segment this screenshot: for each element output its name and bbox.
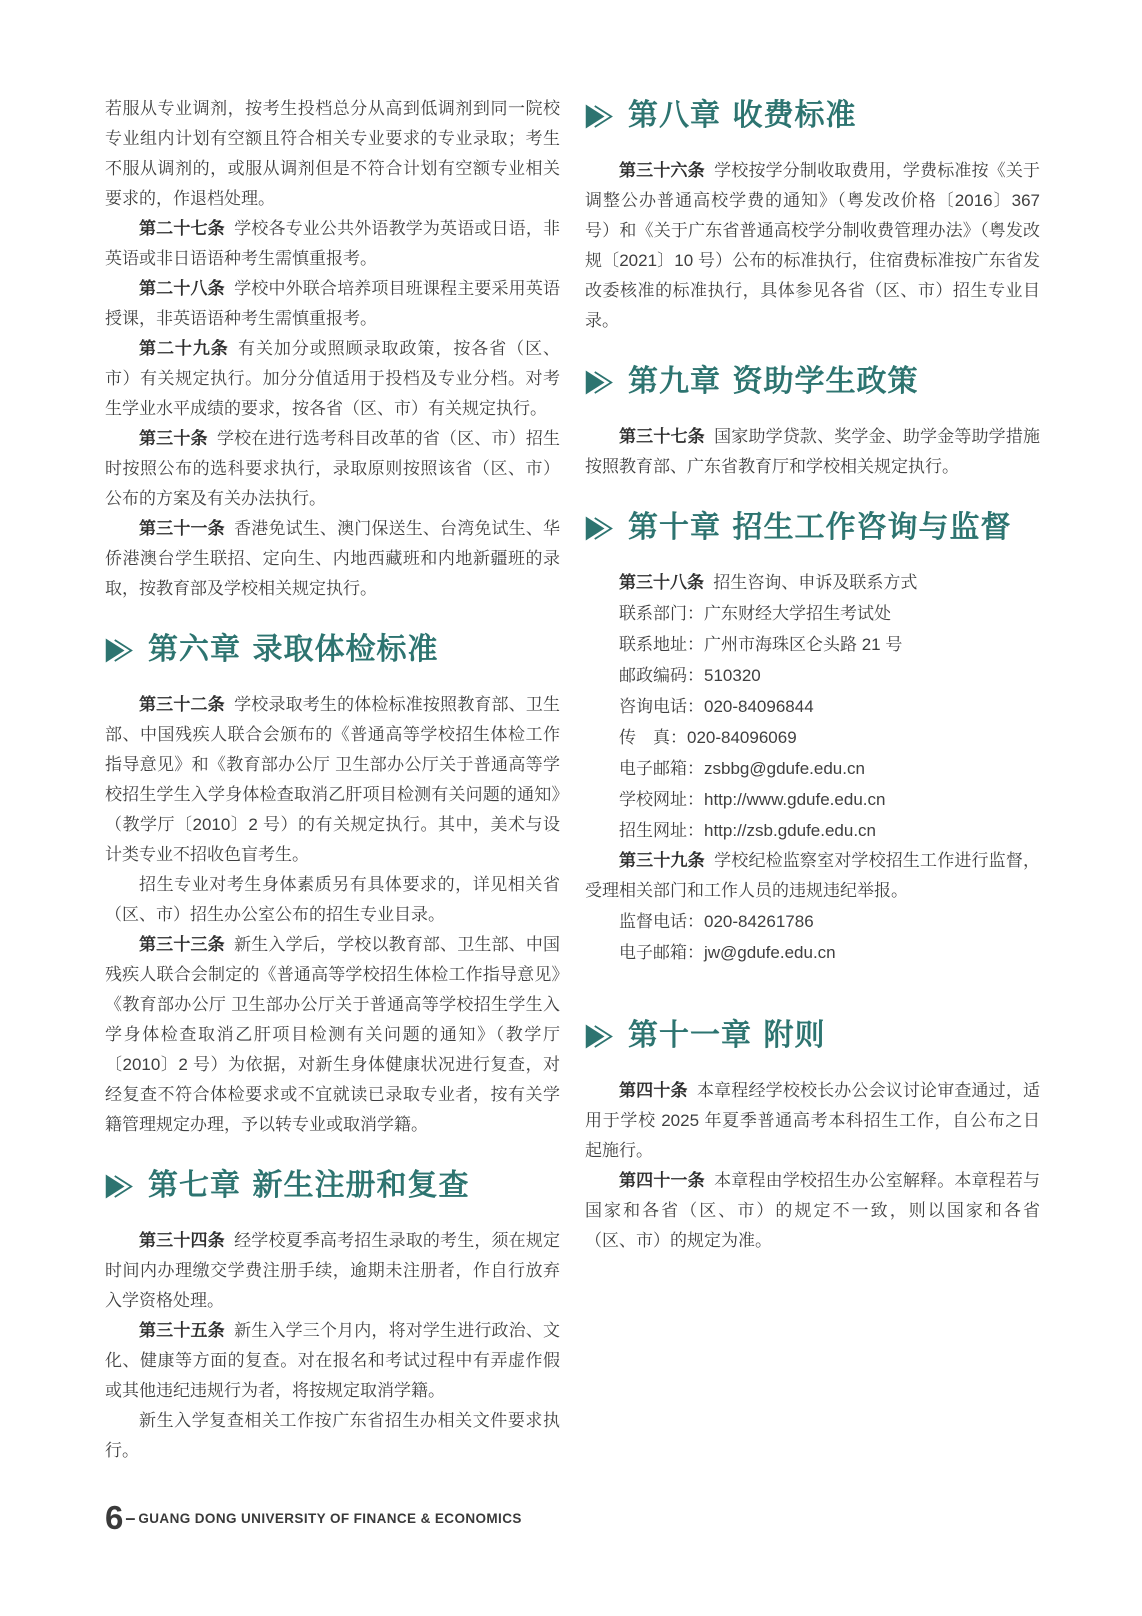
chapter-title: 第十一章 附则: [628, 1014, 825, 1058]
contact-line-admissions-site: 招生网址：http://zsb.gdufe.edu.cn: [585, 815, 1040, 846]
page-footer: 6 – GUANG DONG UNIVERSITY OF FINANCE & E…: [105, 1498, 522, 1538]
article-30: 第三十条学校在进行选考科目改革的省（区、市）招生时按照公布的选科要求执行，录取原…: [105, 424, 560, 514]
chapter-heading-10: 第十章 招生工作咨询与监督: [585, 506, 1040, 550]
article-text: 学校录取考生的体检标准按照教育部、卫生部、中国残疾人联合会颁布的《普通高等学校招…: [105, 695, 560, 864]
contact-line-email: 电子邮箱：zsbbg@gdufe.edu.cn: [585, 753, 1040, 784]
article-37: 第三十七条国家助学贷款、奖学金、助学金等助学措施按照教育部、广东省教育厅和学校相…: [585, 422, 1040, 482]
article-text: 新生入学后，学校以教育部、卫生部、中国残疾人联合会制定的《普通高等学校招生体检工…: [105, 935, 560, 1134]
article-40: 第四十条本章程经学校校长办公会议讨论审查通过，适用于学校 2025 年夏季普通高…: [585, 1076, 1040, 1166]
paragraph-recheck: 新生入学复查相关工作按广东省招生办相关文件要求执行。: [105, 1406, 560, 1466]
paragraph-text: 招生专业对考生身体素质另有具体要求的，详见相关省（区、市）招生办公室公布的招生专…: [105, 875, 560, 924]
article-33: 第三十三条新生入学后，学校以教育部、卫生部、中国残疾人联合会制定的《普通高等学校…: [105, 930, 560, 1140]
article-32: 第三十二条学校录取考生的体检标准按照教育部、卫生部、中国残疾人联合会颁布的《普通…: [105, 690, 560, 870]
chapter-arrow-icon: [105, 1170, 135, 1203]
article-text: 学校按学分制收取费用，学费标准按《关于调整公办普通高校学费的通知》（粤发改价格〔…: [585, 161, 1040, 330]
article-number: 第三十一条: [139, 519, 225, 538]
article-29: 第二十九条有关加分或照顾录取政策，按各省（区、市）有关规定执行。加分分值适用于投…: [105, 334, 560, 424]
chapter-arrow-icon: [585, 1020, 615, 1053]
chapter-title: 第九章 资助学生政策: [628, 360, 918, 404]
article-41: 第四十一条本章程由学校招生办公室解释。本章程若与国家和各省（区、市）的规定不一致…: [585, 1166, 1040, 1256]
contact-info-list: 联系部门：广东财经大学招生考试处 联系地址：广州市海珠区仑头路 21 号 邮政编…: [585, 598, 1040, 846]
university-name: GUANG DONG UNIVERSITY OF FINANCE & ECONO…: [138, 1511, 521, 1526]
supervision-info-list: 监督电话：020-84261786 电子邮箱：jw@gdufe.edu.cn: [585, 906, 1040, 968]
article-number: 第三十四条: [139, 1231, 225, 1250]
article-number: 第四十条: [619, 1081, 688, 1100]
supervision-line-phone: 监督电话：020-84261786: [585, 906, 1040, 937]
paragraph-body-requirements: 招生专业对考生身体素质另有具体要求的，详见相关省（区、市）招生办公室公布的招生专…: [105, 870, 560, 930]
article-number: 第四十一条: [619, 1171, 705, 1190]
article-number: 第二十七条: [139, 219, 225, 238]
chapter-heading-9: 第九章 资助学生政策: [585, 360, 1040, 404]
article-38: 第三十八条招生咨询、申诉及联系方式: [585, 568, 1040, 598]
document-page: 若服从专业调剂，按考生投档总分从高到低调剂到同一院校专业组内计划有空额且符合相关…: [0, 0, 1142, 1616]
right-column: 第八章 收费标准 第三十六条学校按学分制收取费用，学费标准按《关于调整公办普通高…: [585, 94, 1040, 1256]
contact-line-postcode: 邮政编码：510320: [585, 660, 1040, 691]
article-text: 招生咨询、申诉及联系方式: [713, 573, 917, 592]
article-36: 第三十六条学校按学分制收取费用，学费标准按《关于调整公办普通高校学费的通知》（粤…: [585, 156, 1040, 336]
chapter-title: 第八章 收费标准: [628, 94, 856, 138]
contact-line-phone: 咨询电话：020-84096844: [585, 691, 1040, 722]
paragraph-continuation: 若服从专业调剂，按考生投档总分从高到低调剂到同一院校专业组内计划有空额且符合相关…: [105, 94, 560, 214]
chapter-title: 第十章 招生工作咨询与监督: [628, 506, 1011, 550]
article-31: 第三十一条香港免试生、澳门保送生、台湾免试生、华侨港澳台学生联招、定向生、内地西…: [105, 514, 560, 604]
page-number: 6: [105, 1498, 123, 1538]
article-number: 第三十九条: [619, 851, 705, 870]
article-number: 第三十六条: [619, 161, 705, 180]
article-35: 第三十五条新生入学三个月内，将对学生进行政治、文化、健康等方面的复查。对在报名和…: [105, 1316, 560, 1406]
chapter-arrow-icon: [585, 366, 615, 399]
chapter-heading-6: 第六章 录取体检标准: [105, 628, 560, 672]
chapter-heading-11: 第十一章 附则: [585, 1014, 1040, 1058]
article-number: 第二十八条: [139, 279, 225, 298]
article-27: 第二十七条学校各专业公共外语教学为英语或日语，非英语或非日语语种考生需慎重报考。: [105, 214, 560, 274]
article-number: 第三十五条: [139, 1321, 225, 1340]
article-number: 第三十八条: [619, 573, 704, 592]
chapter-heading-8: 第八章 收费标准: [585, 94, 1040, 138]
contact-line-department: 联系部门：广东财经大学招生考试处: [585, 598, 1040, 629]
chapter-arrow-icon: [585, 100, 615, 133]
article-39: 第三十九条学校纪检监察室对学校招生工作进行监督，受理相关部门和工作人员的违规违纪…: [585, 846, 1040, 906]
article-number: 第三十二条: [139, 695, 225, 714]
article-number: 第三十三条: [139, 935, 225, 954]
article-28: 第二十八条学校中外联合培养项目班课程主要采用英语授课，非英语语种考生需慎重报考。: [105, 274, 560, 334]
chapter-arrow-icon: [105, 634, 135, 667]
article-number: 第二十九条: [139, 339, 229, 358]
chapter-heading-7: 第七章 新生注册和复查: [105, 1164, 560, 1208]
article-number: 第三十七条: [619, 427, 705, 446]
paragraph-text: 若服从专业调剂，按考生投档总分从高到低调剂到同一院校专业组内计划有空额且符合相关…: [105, 99, 560, 208]
footer-separator: –: [125, 1508, 135, 1529]
left-column: 若服从专业调剂，按考生投档总分从高到低调剂到同一院校专业组内计划有空额且符合相关…: [105, 94, 560, 1466]
contact-line-website: 学校网址：http://www.gdufe.edu.cn: [585, 784, 1040, 815]
article-34: 第三十四条经学校夏季高考招生录取的考生，须在规定时间内办理缴交学费注册手续，逾期…: [105, 1226, 560, 1316]
contact-line-fax: 传 真：020-84096069: [585, 722, 1040, 753]
chapter-arrow-icon: [585, 512, 615, 545]
chapter-title: 第七章 新生注册和复查: [148, 1164, 469, 1208]
chapter-title: 第六章 录取体检标准: [148, 628, 438, 672]
article-number: 第三十条: [139, 429, 208, 448]
paragraph-text: 新生入学复查相关工作按广东省招生办相关文件要求执行。: [105, 1411, 560, 1460]
supervision-line-email: 电子邮箱：jw@gdufe.edu.cn: [585, 937, 1040, 968]
contact-line-address: 联系地址：广州市海珠区仑头路 21 号: [585, 629, 1040, 660]
